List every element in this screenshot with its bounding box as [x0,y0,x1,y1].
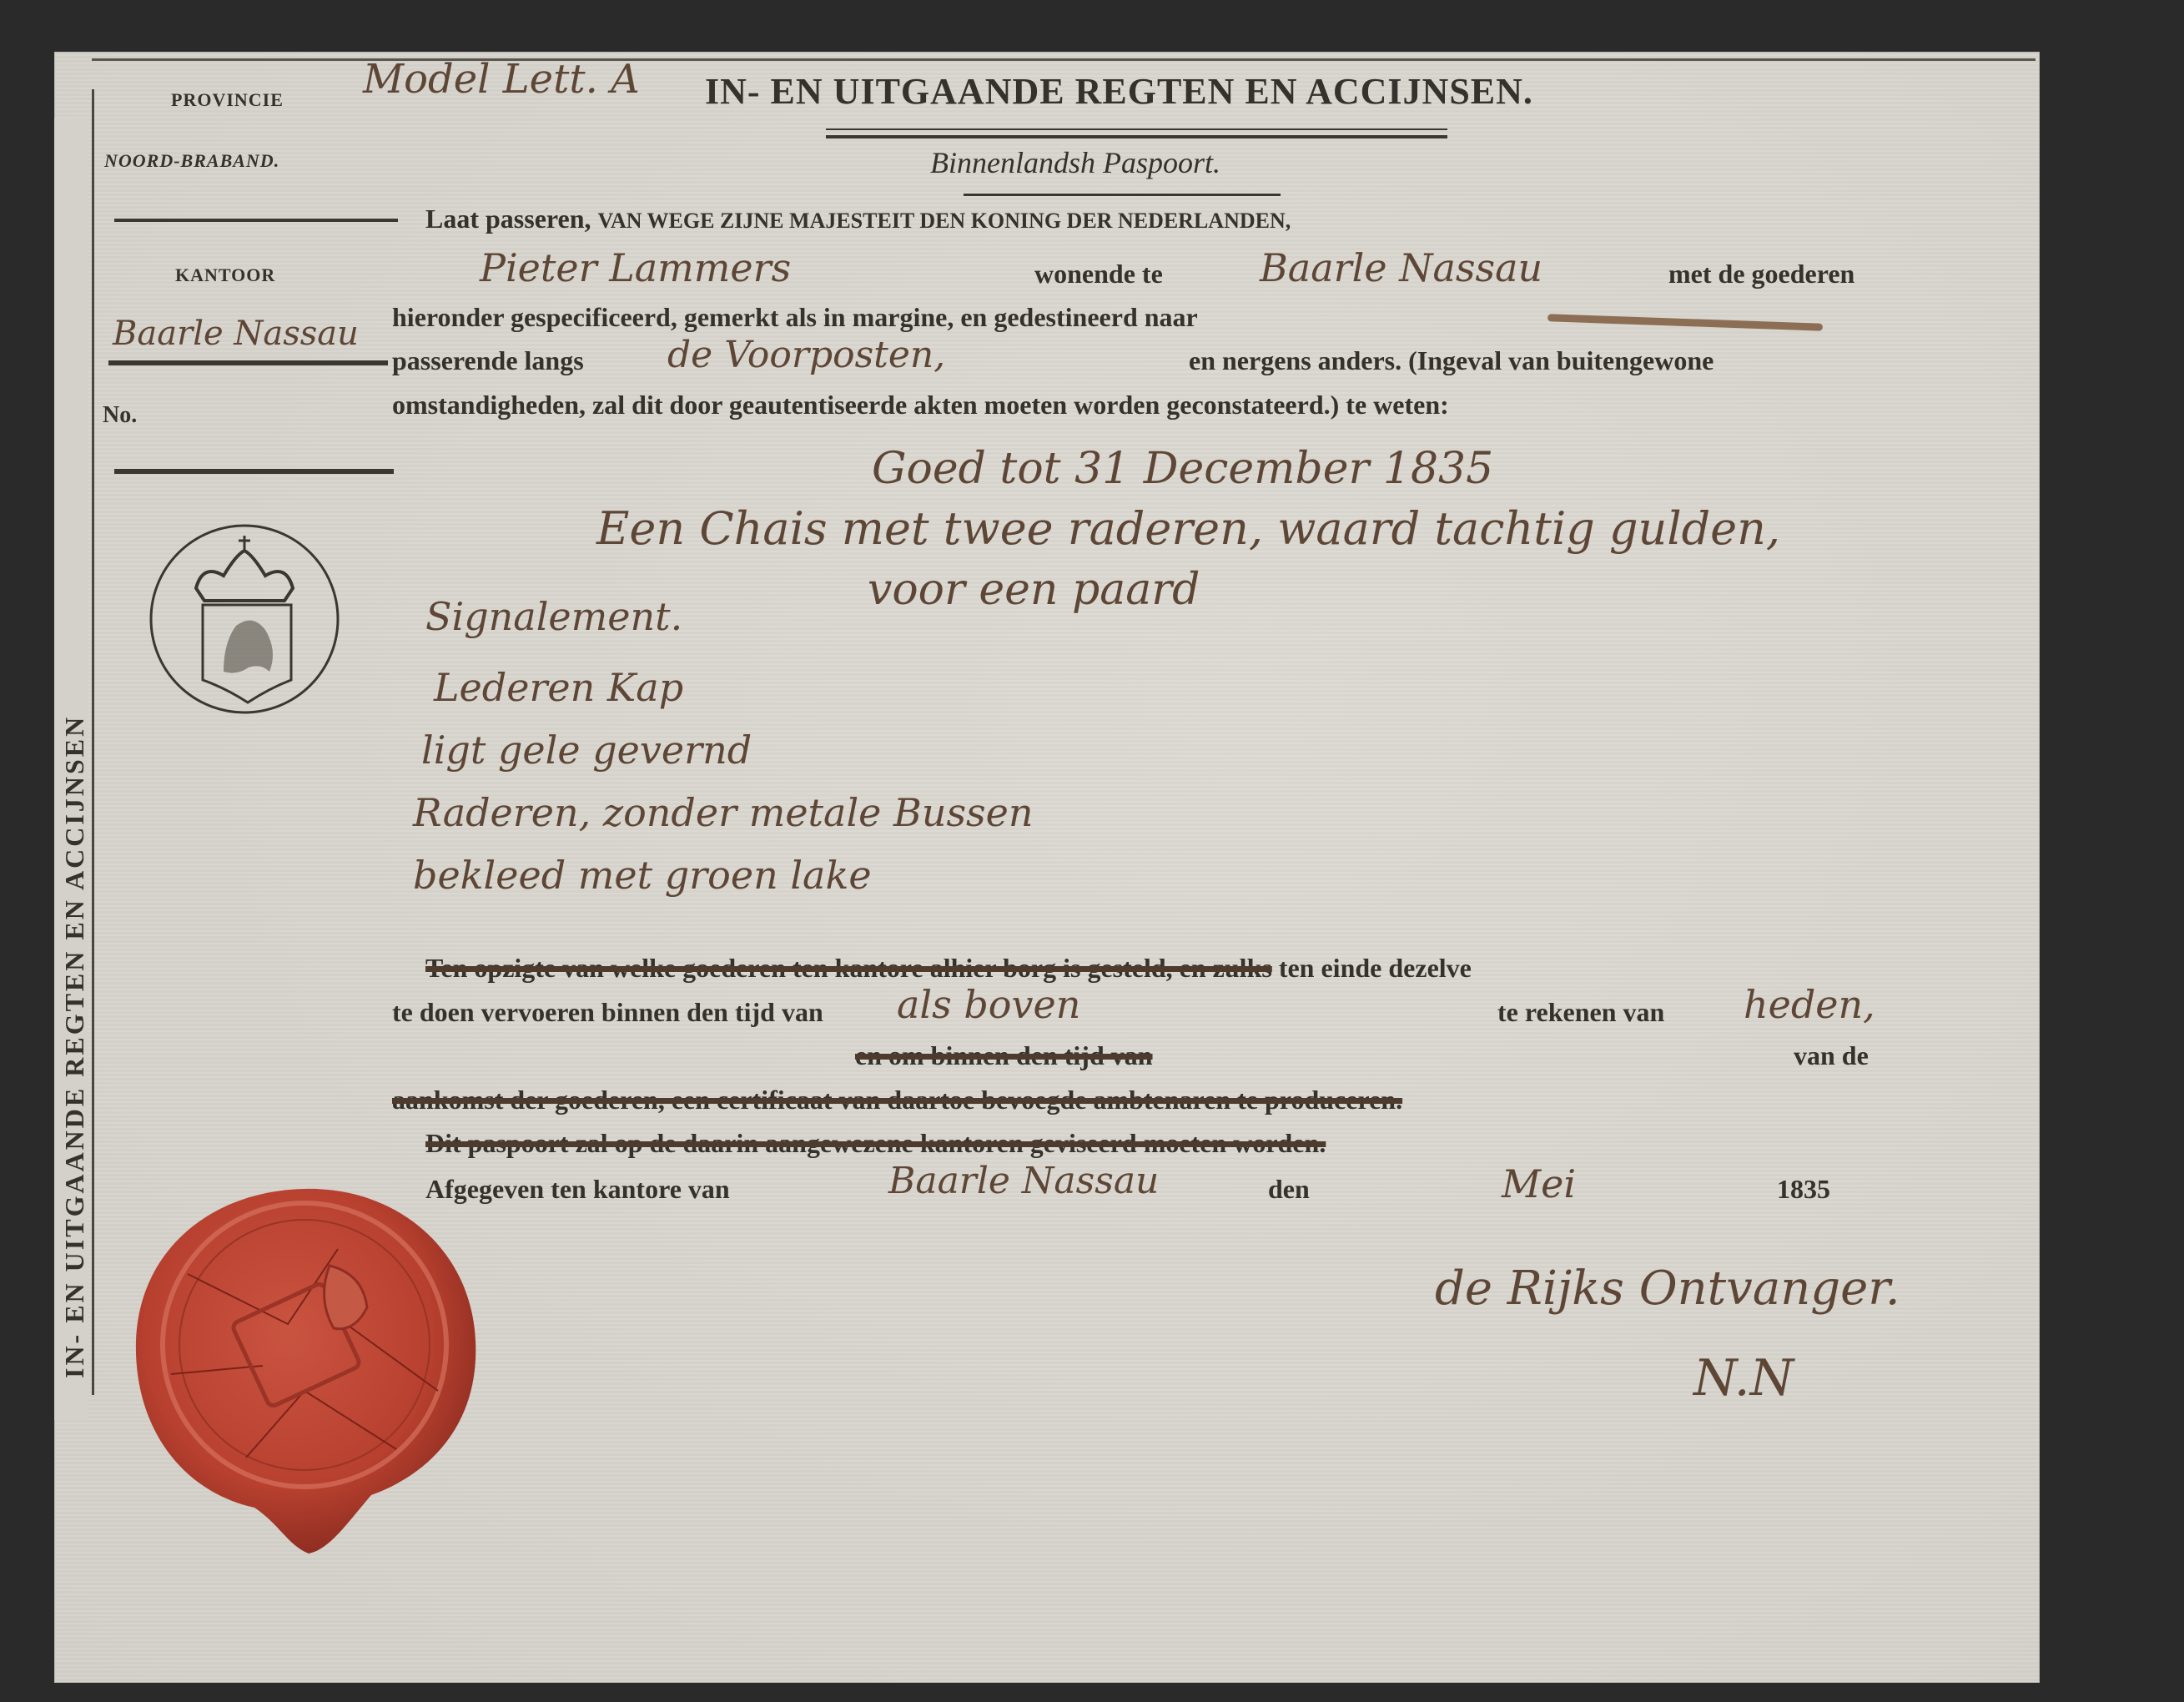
struck-period-clause: en om binnen den tijd van [855,1040,1153,1071]
route-suffix: en nergens anders. (Ingeval van buitenge… [1189,345,1713,376]
signalement-line: Lederen Kap [434,665,683,710]
issued-at-office: Baarle Nassau [888,1160,1159,1202]
side-strip-text: IN- EN UITGAANDE REGTEN EN ACCIJNSEN [59,127,84,1378]
signalement-line: bekleed met groen lake [413,853,872,898]
signalement-heading: Signalement. [425,594,682,639]
number-label: No. [103,402,137,429]
condition-line-1: Ten opzigte van welke goederen ten kanto… [425,953,1472,984]
residence-value: Baarle Nassau [1260,245,1542,290]
destination-line: hieronder gespecificeerd, gemerkt als in… [392,302,1198,333]
struck-certificate-clause: aankomst der goederen, een certificaat v… [392,1085,1402,1115]
margin-divider-rule [92,89,94,1395]
signature-title: de Rijks Ontvanger. [1435,1261,1900,1316]
holder-name: Pieter Lammers [480,245,791,290]
goods-description-2: voor een paard [868,565,1200,615]
reckon-from-label: te rekenen van [1497,997,1664,1028]
let-pass-text: Laat passeren [425,204,585,234]
signature-initials: N.N [1693,1349,1794,1407]
transport-period-label: te doen vervoeren binnen den tijd van [392,997,823,1028]
margin-rule-1 [114,219,398,222]
goods-description-1: Een Chais met twee raderen, waard tachti… [596,502,1780,555]
document-subtitle: Binnenlandsh Paspoort. [930,145,1220,180]
margin-rule-3 [114,469,394,474]
authority-text: VAN WEGE ZIJNE MAJESTEIT DEN KONING DER … [598,209,1291,233]
issue-year: 1835 [1777,1174,1830,1205]
subtitle-rule [964,194,1281,196]
signalement-line: ligt gele gevernd [421,728,752,773]
authority-line: Laat passeren, VAN WEGE ZIJNE MAJESTEIT … [425,204,1291,234]
kantoor-value: Baarle Nassau [113,315,359,353]
passport-document: IN- EN UITGAANDE REGTEN EN ACCIJNSEN PRO… [54,52,2040,1683]
circumstances-line: omstandigheden, zal dit door geautentise… [392,390,1449,420]
residence-label: wonende te [1034,259,1163,290]
issue-month: Mei [1502,1161,1576,1206]
transport-period-value: als boven [897,982,1080,1027]
provincie-value: NOORD-BRABAND. [104,150,279,172]
margin-rule-2 [108,360,388,365]
validity-note: Goed tot 31 December 1835 [872,444,1493,494]
condition-tail-3: van de [1794,1040,1869,1071]
model-note: Model Lett. A [363,56,640,103]
route-value: de Voorposten, [667,334,945,376]
goods-text: met de goederen [1668,259,1854,290]
provincie-label: PROVINCIE [171,89,284,111]
struck-visa-clause: Dit paspoort zal op de daarin aangewezen… [425,1128,1326,1159]
signalement-line: Raderen, zonder metale Bussen [413,790,1034,835]
royal-coat-of-arms-icon [144,517,345,722]
condition-tail-1: ten einde dezelve [1279,953,1472,983]
route-label: passerende langs [392,345,584,376]
reckon-from-value: heden, [1744,982,1875,1027]
red-wax-seal-icon [121,1174,488,1558]
den-label: den [1268,1174,1310,1205]
title-rule-thin [826,128,1447,130]
struck-surety-clause: Ten opzigte van welke goederen ten kanto… [425,953,1272,983]
title-rule-thick [826,135,1447,138]
document-title: IN- EN UITGAANDE REGTEN EN ACCIJNSEN. [705,70,1533,113]
kantoor-label: KANTOOR [175,264,275,286]
destination-struck-mark [1547,314,1823,331]
